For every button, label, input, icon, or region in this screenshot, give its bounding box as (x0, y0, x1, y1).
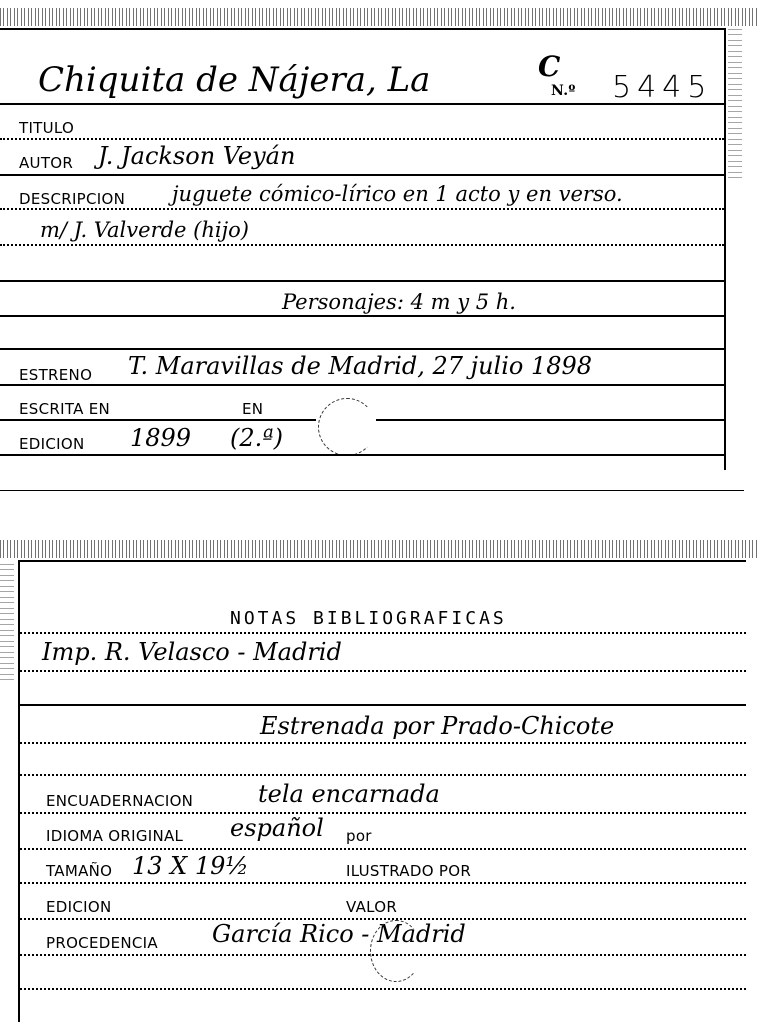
rule-edicion (0, 454, 724, 456)
rule-autor (0, 174, 724, 176)
title-handwritten: Chiquita de Nájera, La (38, 60, 430, 100)
estreno-label: ESTRENO (19, 366, 92, 384)
rule-pre-estreno (0, 348, 724, 350)
catalog-mark: C (538, 50, 560, 83)
note-2: Estrenada por Prado-Chicote (260, 712, 614, 740)
escrita-en-label: ESCRITA EN (19, 400, 110, 418)
estreno-value: T. Maravillas de Madrid, 27 julio 1898 (128, 352, 592, 380)
rule-descripcion-2 (0, 244, 724, 246)
rule-encuadernacion (20, 812, 746, 814)
rule-title (0, 103, 724, 105)
idioma-value: español (230, 814, 324, 842)
card-top-bottom-edge (0, 490, 744, 491)
rule-notes-4 (20, 742, 746, 744)
rule-idioma (20, 848, 746, 850)
rule-escrita-left (0, 419, 316, 421)
rule-descripcion-1 (0, 208, 724, 210)
tamano-value: 13 X 19½ (132, 852, 249, 880)
encuadernacion-value: tela encarnada (258, 780, 440, 808)
rule-procedencia (20, 954, 746, 956)
number-label: N.º (551, 83, 576, 99)
en-label: EN (242, 400, 263, 418)
encuadernacion-label: ENCUADERNACION (46, 792, 193, 810)
rule-pre-encuadernacion (20, 774, 746, 776)
edicion-number: (2.ª) (230, 424, 283, 452)
rule-titulo (0, 138, 724, 140)
notas-heading: NOTAS BIBLIOGRAFICAS (230, 608, 507, 629)
rule-descripcion-4 (0, 315, 724, 317)
catalog-card-top: Chiquita de Nájera, La C N.º 5445 TITULO… (0, 28, 726, 470)
edicion-year: 1899 (130, 424, 191, 452)
rule-notes-3 (20, 704, 746, 706)
descripcion-line2: m/ J. Valverde (hijo) (40, 218, 249, 242)
stamp-mark-bottom (370, 920, 422, 982)
note-1: Imp. R. Velasco - Madrid (42, 638, 342, 666)
autor-label: AUTOR (19, 154, 73, 172)
rule-estreno (0, 384, 724, 386)
scan-noise-left (0, 560, 14, 680)
valor-label: VALOR (346, 898, 397, 916)
idioma-label: IDIOMA ORIGINAL (46, 827, 183, 845)
stamp-mark (318, 398, 376, 456)
tamano-label: TAMAÑO (46, 862, 112, 880)
scan-noise-right (728, 28, 742, 178)
edicion-label-bottom: EDICION (46, 898, 111, 916)
scan-noise-top (0, 8, 759, 26)
rule-notes-1 (20, 632, 746, 634)
rule-tamano (20, 882, 746, 884)
descripcion-line3: Personajes: 4 m y 5 h. (282, 290, 516, 314)
edicion-label: EDICION (19, 435, 84, 453)
rule-descripcion-3 (0, 280, 724, 282)
catalog-card-bottom: NOTAS BIBLIOGRAFICAS Imp. R. Velasco - M… (18, 560, 746, 1022)
rule-escrita-right (376, 419, 724, 421)
catalog-number: 5445 (612, 70, 712, 105)
rule-notes-2 (20, 670, 746, 672)
autor-value: J. Jackson Veyán (98, 142, 295, 170)
procedencia-value: García Rico - Madrid (212, 920, 466, 948)
scan-noise-middle (0, 540, 759, 558)
titulo-label: TITULO (19, 119, 74, 137)
descripcion-label: DESCRIPCION (19, 190, 125, 208)
descripcion-line1: juguete cómico-lírico en 1 acto y en ver… (172, 182, 623, 206)
procedencia-label: PROCEDENCIA (46, 934, 158, 952)
por-label: por (346, 827, 372, 845)
ilustrado-label: ILUSTRADO POR (346, 862, 471, 880)
rule-bottom (20, 988, 746, 990)
